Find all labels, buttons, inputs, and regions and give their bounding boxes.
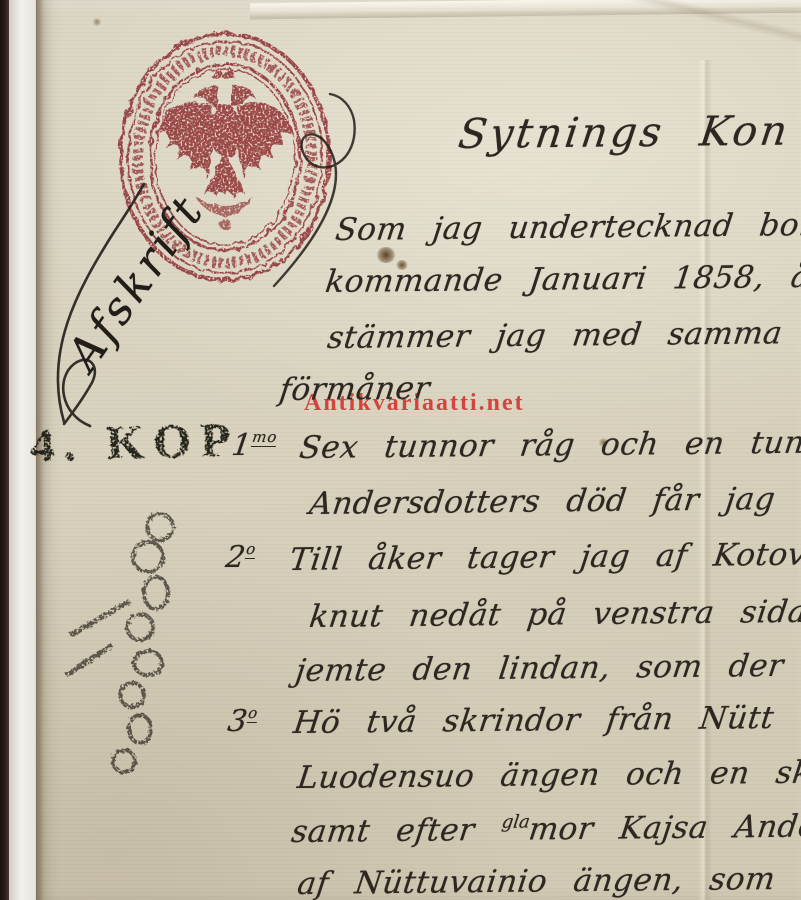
signature-flourish-icon	[48, 170, 168, 430]
handwritten-line: Luodensuo ängen och en skrind	[295, 754, 801, 796]
scanned-document: Afskrift 4. KOP Antikvariaatti.net Sytni…	[0, 0, 801, 900]
handwritten-line: förmåner	[277, 370, 432, 408]
handwritten-line: af Nüttuvainio ängen, som h	[295, 861, 801, 900]
handwritten-line: Som jag undertecknad bort	[333, 207, 801, 248]
handwritten-line: Hö två skrindor från Nütt	[291, 700, 776, 741]
line-text: samt efter	[289, 812, 503, 850]
handwritten-line: stämmer jag med samma och tag	[325, 314, 801, 356]
item-marker-3o: 3o	[226, 704, 260, 739]
superscript-gla: gla	[500, 812, 531, 833]
handwritten-line: jemte den lindan, som der in	[293, 647, 801, 689]
handwritten-line: knut nedåt på venstra sidan	[307, 594, 801, 635]
handwritten-line-with-superscript: samt efter glamor Kajsa Anders d	[289, 808, 801, 850]
ink-stain	[376, 247, 396, 263]
scanner-edge-shadow	[0, 0, 9, 900]
handwritten-line: Andersdotters död får jag e	[307, 481, 801, 522]
line-text: mor Kajsa Anders d	[527, 808, 801, 848]
handwritten-line: Sex tunnor råg och en tunna	[297, 424, 801, 466]
item-marker-2o: 2o	[224, 540, 258, 575]
handwritten-line: kommande Januari 1858, åt mi	[323, 258, 801, 300]
marker-ordinal: mo	[251, 428, 279, 447]
paper-stain	[92, 18, 102, 26]
handwritten-line: Till åker tager jag af Kotovai	[287, 536, 801, 578]
kop-value-stamp: 4. KOP	[29, 412, 240, 473]
vertical-ink-stamp-icon	[52, 505, 192, 795]
item-marker-1mo: 1mo	[230, 428, 279, 463]
document-title: Sytnings Kon	[456, 107, 793, 158]
